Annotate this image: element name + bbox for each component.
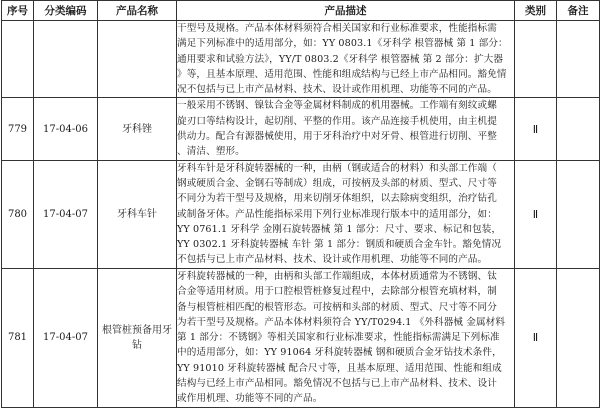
cell-code: 17-04-07 bbox=[34, 160, 98, 268]
description-line: YY 0302.1 牙科旋转器械 车针 第 1 部分：钢质和硬质合金车针。豁免情… bbox=[177, 237, 514, 252]
cell-name: 牙科车针 bbox=[98, 160, 177, 268]
description-line: 干型号及规格。产品本体材料须符合相关国家和行业标准要求，性能指标需 bbox=[177, 21, 514, 36]
description-line: 牙科车针是牙科旋转器械的一种，由柄（钢或适合的材料）和头部工作端（ bbox=[177, 161, 514, 176]
cell-remark bbox=[557, 268, 600, 401]
header-description: 产品描述 bbox=[177, 1, 515, 21]
header-name: 产品名称 bbox=[98, 1, 177, 21]
cell-category: Ⅱ bbox=[515, 98, 557, 160]
cell-description: 一般采用不锈钢、镍钛合金等金属材料制成的机用器械。工作端有刻纹或螺 旋刃口等结构… bbox=[177, 98, 515, 160]
table-row: 779 17-04-06 牙科锉 一般采用不锈钢、镍钛合金等金属材料制成的机用器… bbox=[2, 98, 600, 160]
cell-name: 牙科锉 bbox=[98, 98, 177, 160]
cell-remark bbox=[557, 160, 600, 268]
description-line: 备与根管桩相匹配的根管形态。可按柄和头部的材质、型式、尺寸等不同分 bbox=[177, 300, 514, 315]
cell-category: Ⅱ bbox=[515, 268, 557, 401]
cell-category bbox=[515, 21, 557, 98]
description-line: 供动力。配合有源器械使用，用于牙科治疗中对牙骨、根管进行切削、平整 bbox=[177, 129, 514, 144]
cell-name: 根管桩预备用牙钻 bbox=[98, 268, 177, 401]
description-line: 不同分为若干型号及规格，用来切削牙体组织，以去除病变组织，治疗钻孔 bbox=[177, 191, 514, 206]
header-row: 序号 分类编码 产品名称 产品描述 类别 备注 bbox=[2, 1, 600, 21]
description-line: 通用要求和试验方法》，YY/T 0803.2《牙科学 根管器械 第 2 部分：扩… bbox=[177, 52, 514, 67]
header-seq: 序号 bbox=[2, 1, 34, 21]
cell-description: 牙科车针是牙科旋转器械的一种，由柄（钢或适合的材料）和头部工作端（ 钢或硬质合金… bbox=[177, 160, 515, 268]
description-line: 牙科旋转器械的一种，由柄和头部工作端组成，本体材质通常为不锈钢、钛 bbox=[177, 269, 514, 284]
cell-category: Ⅱ bbox=[515, 160, 557, 268]
cell-code: 17-04-06 bbox=[34, 98, 98, 160]
description-line: 、清洁、塑形。 bbox=[177, 144, 514, 159]
table-row: 780 17-04-07 牙科车针 牙科车针是牙科旋转器械的一种，由柄（钢或适合… bbox=[2, 160, 600, 268]
cell-remark bbox=[557, 98, 600, 160]
cell-seq: 779 bbox=[2, 98, 34, 160]
table-row: 781 17-04-07 根管桩预备用牙钻 牙科旋转器械的一种，由柄和头部工作端… bbox=[2, 268, 600, 401]
description-line: 》等，且基本原理、适用范围、性能和组成结构与已经上市产品相同。豁免情 bbox=[177, 67, 514, 82]
description-line: 或作用机理、功能等不同的产品。 bbox=[177, 391, 514, 401]
header-category: 类别 bbox=[515, 1, 557, 21]
cell-code bbox=[34, 21, 98, 98]
description-line: 第 1 部分：不锈钢》等相关国家和行业标准要求，性能指标需满足下列标准 bbox=[177, 330, 514, 345]
header-remark: 备注 bbox=[557, 1, 600, 21]
description-line: 况不包括与已上市产品材料、技术、设计或作用机理、功能等不同的产品。 bbox=[177, 82, 514, 97]
description-line: 中的适用部分，如：YY 91064 牙科旋转器械 钢和硬质合金牙钻技术条件， bbox=[177, 345, 514, 360]
description-line: 结构与已经上市产品相同。豁免情况不包括与已上市产品材料、技术、设计 bbox=[177, 376, 514, 391]
cell-remark bbox=[557, 21, 600, 98]
description-line: 不包括与已上市产品材料、技术、设计或作用机理、功能等不同的产品。 bbox=[177, 252, 514, 267]
description-line: 一般采用不锈钢、镍钛合金等金属材料制成的机用器械。工作端有刻纹或螺 bbox=[177, 98, 514, 113]
description-line: 合金等适用材质。用于口腔根管桩修复过程中，去除部分根管充填材料，制 bbox=[177, 284, 514, 299]
cell-name bbox=[98, 21, 177, 98]
description-line: 或制备牙体。产品性能指标采用下列行业标准现行版本中的适用部分，如： bbox=[177, 207, 514, 222]
cell-seq bbox=[2, 21, 34, 98]
cell-description: 干型号及规格。产品本体材料须符合相关国家和行业标准要求，性能指标需 满足下列标准… bbox=[177, 21, 515, 98]
cell-description: 牙科旋转器械的一种，由柄和头部工作端组成，本体材质通常为不锈钢、钛 合金等适用材… bbox=[177, 268, 515, 401]
description-line: 为若干型号及规格。产品本体材料须符合 YY/T0294.1 《外科器械 金属材料 bbox=[177, 315, 514, 330]
description-line: 钢或硬质合金、金钢石等制成）组成，可按柄及头部的材质、型式、尺寸等 bbox=[177, 176, 514, 191]
description-line: 旋刃口等结构设计，起切削、平整的作用。该产品连接手机使用，由主机提 bbox=[177, 114, 514, 129]
description-line: YY 0761.1 牙科学 金刚石旋转器械 第 1 部分：尺寸、要求、标记和包装… bbox=[177, 222, 514, 237]
cell-seq: 780 bbox=[2, 160, 34, 268]
cell-code: 17-04-07 bbox=[34, 268, 98, 401]
description-line: 满足下列标准中的适用部分，如：YY 0803.1《牙科学 根管器械 第 1 部分… bbox=[177, 36, 514, 51]
cell-seq: 781 bbox=[2, 268, 34, 401]
device-catalog-table: 序号 分类编码 产品名称 产品描述 类别 备注 干型号及规格。产品本体材料须符合… bbox=[1, 0, 600, 401]
table-row: 干型号及规格。产品本体材料须符合相关国家和行业标准要求，性能指标需 满足下列标准… bbox=[2, 21, 600, 98]
header-code: 分类编码 bbox=[34, 1, 98, 21]
description-line: YY 91010 牙科旋转器械 配合尺寸等，且基本原理、适用范围、性能和组成 bbox=[177, 361, 514, 376]
